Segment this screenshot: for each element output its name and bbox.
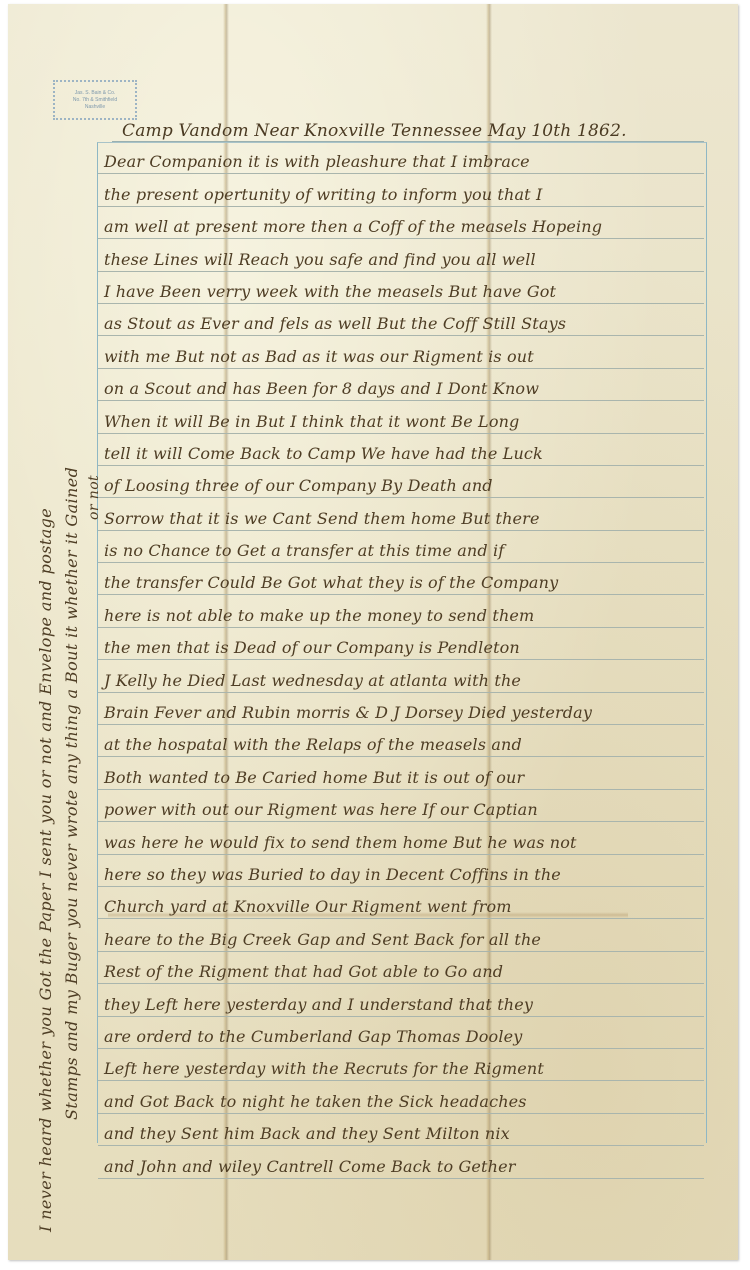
body-line: J Kelly he Died Last wednesday at atlant… (98, 660, 704, 692)
body-line: these Lines will Reach you safe and find… (98, 239, 704, 271)
body-line: power with out our Rigment was here If o… (98, 790, 704, 822)
margin-note: I never heard whether you Got the Paper … (36, 508, 55, 1232)
body-line: tell it will Come Back to Camp We have h… (98, 434, 704, 466)
body-line: on a Scout and has Been for 8 days and I… (98, 369, 704, 401)
letter-body: Dear Companion it is with pleashure that… (98, 142, 704, 1179)
stamp-line: No. 7th & Smithfield (73, 97, 117, 104)
body-line: the transfer Could Be Got what they is o… (98, 563, 704, 595)
body-line: here is not able to make up the money to… (98, 595, 704, 627)
body-line: at the hospatal with the Relaps of the m… (98, 725, 704, 757)
body-line: Church yard at Knoxville Our Rigment wen… (98, 887, 704, 919)
stamp-line: Nashville (85, 104, 105, 111)
body-line: Brain Fever and Rubin morris & D J Dorse… (98, 693, 704, 725)
margin-note: Stamps and my Buger you never wrote any … (62, 467, 81, 1120)
body-line: here so they was Buried to day in Decent… (98, 855, 704, 887)
body-line: and they Sent him Back and they Sent Mil… (98, 1114, 704, 1146)
body-line: and Got Back to night he taken the Sick … (98, 1081, 704, 1113)
body-line: When it will Be in But I think that it w… (98, 401, 704, 433)
body-line: Rest of the Rigment that had Got able to… (98, 952, 704, 984)
body-line: and John and wiley Cantrell Come Back to… (98, 1146, 704, 1178)
body-line: with me But not as Bad as it was our Rig… (98, 336, 704, 368)
body-line: am well at present more then a Coff of t… (98, 207, 704, 239)
letter-heading: Camp Vandom Near Knoxville Tennessee May… (112, 112, 704, 142)
body-line: Sorrow that it is we Cant Send them home… (98, 498, 704, 530)
body-line: the present opertunity of writing to inf… (98, 174, 704, 206)
body-line: of Loosing three of our Company By Death… (98, 466, 704, 498)
body-line: heare to the Big Creek Gap and Sent Back… (98, 919, 704, 951)
body-line: Dear Companion it is with pleashure that… (98, 142, 704, 174)
margin-note: or not (86, 475, 102, 520)
body-line: they Left here yesterday and I understan… (98, 984, 704, 1016)
body-line: Left here yesterday with the Recruts for… (98, 1049, 704, 1081)
body-line: was here he would fix to send them home … (98, 822, 704, 854)
body-line: I have Been verry week with the measels … (98, 272, 704, 304)
body-line: the men that is Dead of our Company is P… (98, 628, 704, 660)
body-line: are orderd to the Cumberland Gap Thomas … (98, 1017, 704, 1049)
body-line: Both wanted to Be Caried home But it is … (98, 757, 704, 789)
body-line: as Stout as Ever and fels as well But th… (98, 304, 704, 336)
stamp-line: Jas. S. Bain & Co. (75, 90, 116, 97)
body-line: is no Chance to Get a transfer at this t… (98, 531, 704, 563)
